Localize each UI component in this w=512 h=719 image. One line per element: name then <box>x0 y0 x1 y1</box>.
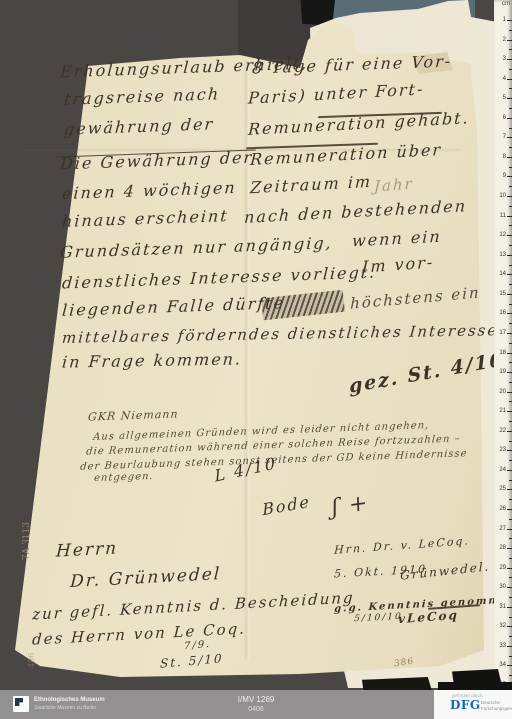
ruler-number: 30 <box>499 584 506 590</box>
ruler-number: 16 <box>499 310 506 316</box>
manuscript-line: entgegen. <box>94 472 154 484</box>
ruler-unit-label: cm <box>502 1 510 7</box>
dfg-logo: gefördert durch DFG Deutsche Forschungsg… <box>434 690 512 719</box>
manuscript-line: mittelbares förderndes dienstliches Inte… <box>61 323 499 346</box>
ruler-tick <box>507 216 512 217</box>
ruler-number: 34 <box>499 662 506 668</box>
ruler-number: 12 <box>499 232 506 238</box>
handwriting-layer: Erholungsurlaub erhielt,8 Tage für eine … <box>0 0 512 719</box>
ruler-number: 8 <box>503 154 506 160</box>
ruler-tick <box>507 353 512 354</box>
ruler-tick <box>507 176 512 177</box>
ruler-number: 31 <box>499 604 506 610</box>
ruler-number: 26 <box>499 506 506 512</box>
ruler-tick <box>507 40 512 41</box>
ruler-number: 32 <box>499 623 506 629</box>
manuscript-line: zur gefl. Kenntnis d. Bescheidung <box>32 591 355 623</box>
ruler-number: 4 <box>503 76 506 82</box>
bottom-clip-tab <box>452 669 502 686</box>
ruler-tick <box>507 587 512 588</box>
ruler-tick <box>507 411 512 412</box>
manuscript-line: 5/10/10 <box>354 613 403 625</box>
ruler-tick <box>507 79 512 80</box>
ruler-tick <box>507 646 512 647</box>
ruler-number: 13 <box>499 252 506 258</box>
manuscript-line: Hrn. Dr. v. LeCoq. <box>334 535 470 556</box>
manuscript-line: vLeCoq <box>398 609 459 625</box>
ruler-number: 10 <box>499 193 506 199</box>
ruler-number: 20 <box>499 389 506 395</box>
ruler-tick <box>507 470 512 471</box>
manuscript-line: Im vor- <box>362 254 435 275</box>
ruler-tick <box>507 118 512 119</box>
ruler-number: 11 <box>500 213 506 219</box>
ruler-tick <box>507 489 512 490</box>
manuscript-line: Herrn <box>56 540 119 560</box>
ruler-number: 23 <box>499 447 506 453</box>
ruler-tick <box>507 333 512 334</box>
ruler-number: 29 <box>499 565 506 571</box>
footer-bar: Ethnologisches Museum Staatliche Museen … <box>0 690 512 719</box>
manuscript-line: tragsreise nach <box>63 86 220 107</box>
ruler-tick <box>507 431 512 432</box>
manuscript-line: Dr. Grünwedel <box>70 566 222 591</box>
ruler-number: 15 <box>499 291 506 297</box>
ruler-tick <box>507 509 512 510</box>
ruler-tick <box>507 235 512 236</box>
ruler-number: 21 <box>499 408 506 414</box>
ruler-tick <box>507 529 512 530</box>
manuscript-line: 386 <box>394 658 414 670</box>
ruler-tick <box>507 372 512 373</box>
ruler-number: 18 <box>499 350 506 356</box>
margin-number: 486 <box>27 653 36 668</box>
ruler-tick <box>507 98 512 99</box>
ruler-tick <box>507 20 512 21</box>
ruler-number: 6 <box>503 115 506 121</box>
scale-ruler: cm 1234567891011121314151617181920212223… <box>494 0 512 690</box>
ruler-number: 25 <box>499 486 506 492</box>
manuscript-line: nach den bestehenden <box>244 198 468 226</box>
ruler-tick <box>507 392 512 393</box>
ruler-tick <box>507 157 512 158</box>
manuscript-line: einen 4 wöchigen <box>61 180 237 202</box>
dfg-org-line2: Forschungsgemeinschaft <box>481 706 512 712</box>
ruler-number: 17 <box>499 330 506 336</box>
ruler-tick <box>507 607 512 608</box>
dfg-abbreviation: DFG <box>450 698 481 712</box>
manuscript-line: Bode <box>262 494 311 519</box>
manuscript-line: gez. St. 4/10 <box>349 350 506 396</box>
ruler-tick <box>507 568 512 569</box>
ruler-tick <box>507 274 512 275</box>
ruler-tick <box>507 255 512 256</box>
ruler-number: 24 <box>499 467 506 473</box>
ruler-number: 28 <box>499 545 506 551</box>
manuscript-line: dienstliches Interesse vorliegt. <box>62 264 377 291</box>
manuscript-line: des Herrn von Le Coq. <box>32 621 247 647</box>
manuscript-line: 8 Tage für eine Vor- <box>251 53 452 76</box>
manuscript-line: ʃ + <box>332 492 370 519</box>
ruler-number: 3 <box>503 56 506 62</box>
manuscript-line: Jahr <box>374 177 414 195</box>
ruler-number: 19 <box>499 369 506 375</box>
manuscript-line: 7/9. <box>184 640 211 652</box>
margin-shelfmark: 7A 3113 <box>22 522 32 560</box>
ruler-tick <box>507 665 512 666</box>
ruler-number: 9 <box>503 173 506 179</box>
ruler-number: 1 <box>503 17 506 23</box>
manuscript-line: Zeitraum im <box>250 174 373 196</box>
ruler-number: 14 <box>499 271 506 277</box>
ruler-number: 5 <box>503 95 506 101</box>
ruler-tick <box>507 294 512 295</box>
manuscript-line: GKR Niemann <box>88 408 179 422</box>
manuscript-line: in Frage kommen. <box>61 351 242 370</box>
ruler-tick <box>507 196 512 197</box>
ruler-number: 2 <box>503 37 506 43</box>
manuscript-line: St. 5/10 <box>160 652 224 670</box>
archival-scan-page: Erholungsurlaub erhielt,8 Tage für eine … <box>0 0 512 719</box>
ruler-tick <box>507 450 512 451</box>
manuscript-line: liegenden Falle dürfte <box>62 295 286 319</box>
ruler-number: 27 <box>499 526 506 532</box>
ruler-tick <box>507 548 512 549</box>
ruler-tick <box>507 59 512 60</box>
ruler-number: 22 <box>499 428 506 434</box>
ruler-number: 33 <box>499 643 506 649</box>
manuscript-line: Grundsätzen nur angängig, <box>60 235 334 261</box>
manuscript-line: höchstens ein <box>350 285 481 311</box>
manuscript-line: gewährung der <box>63 116 214 137</box>
manuscript-line: hinaus erscheint <box>61 208 229 230</box>
manuscript-line: Paris) unter Fort- <box>248 81 425 106</box>
ruler-tick <box>507 313 512 314</box>
ruler-tick <box>507 626 512 627</box>
ruler-tick <box>507 137 512 138</box>
manuscript-line: wenn ein <box>352 229 442 250</box>
ruler-number: 7 <box>503 134 506 140</box>
dfg-organisation-name: Deutsche Forschungsgemeinschaft <box>481 700 512 712</box>
